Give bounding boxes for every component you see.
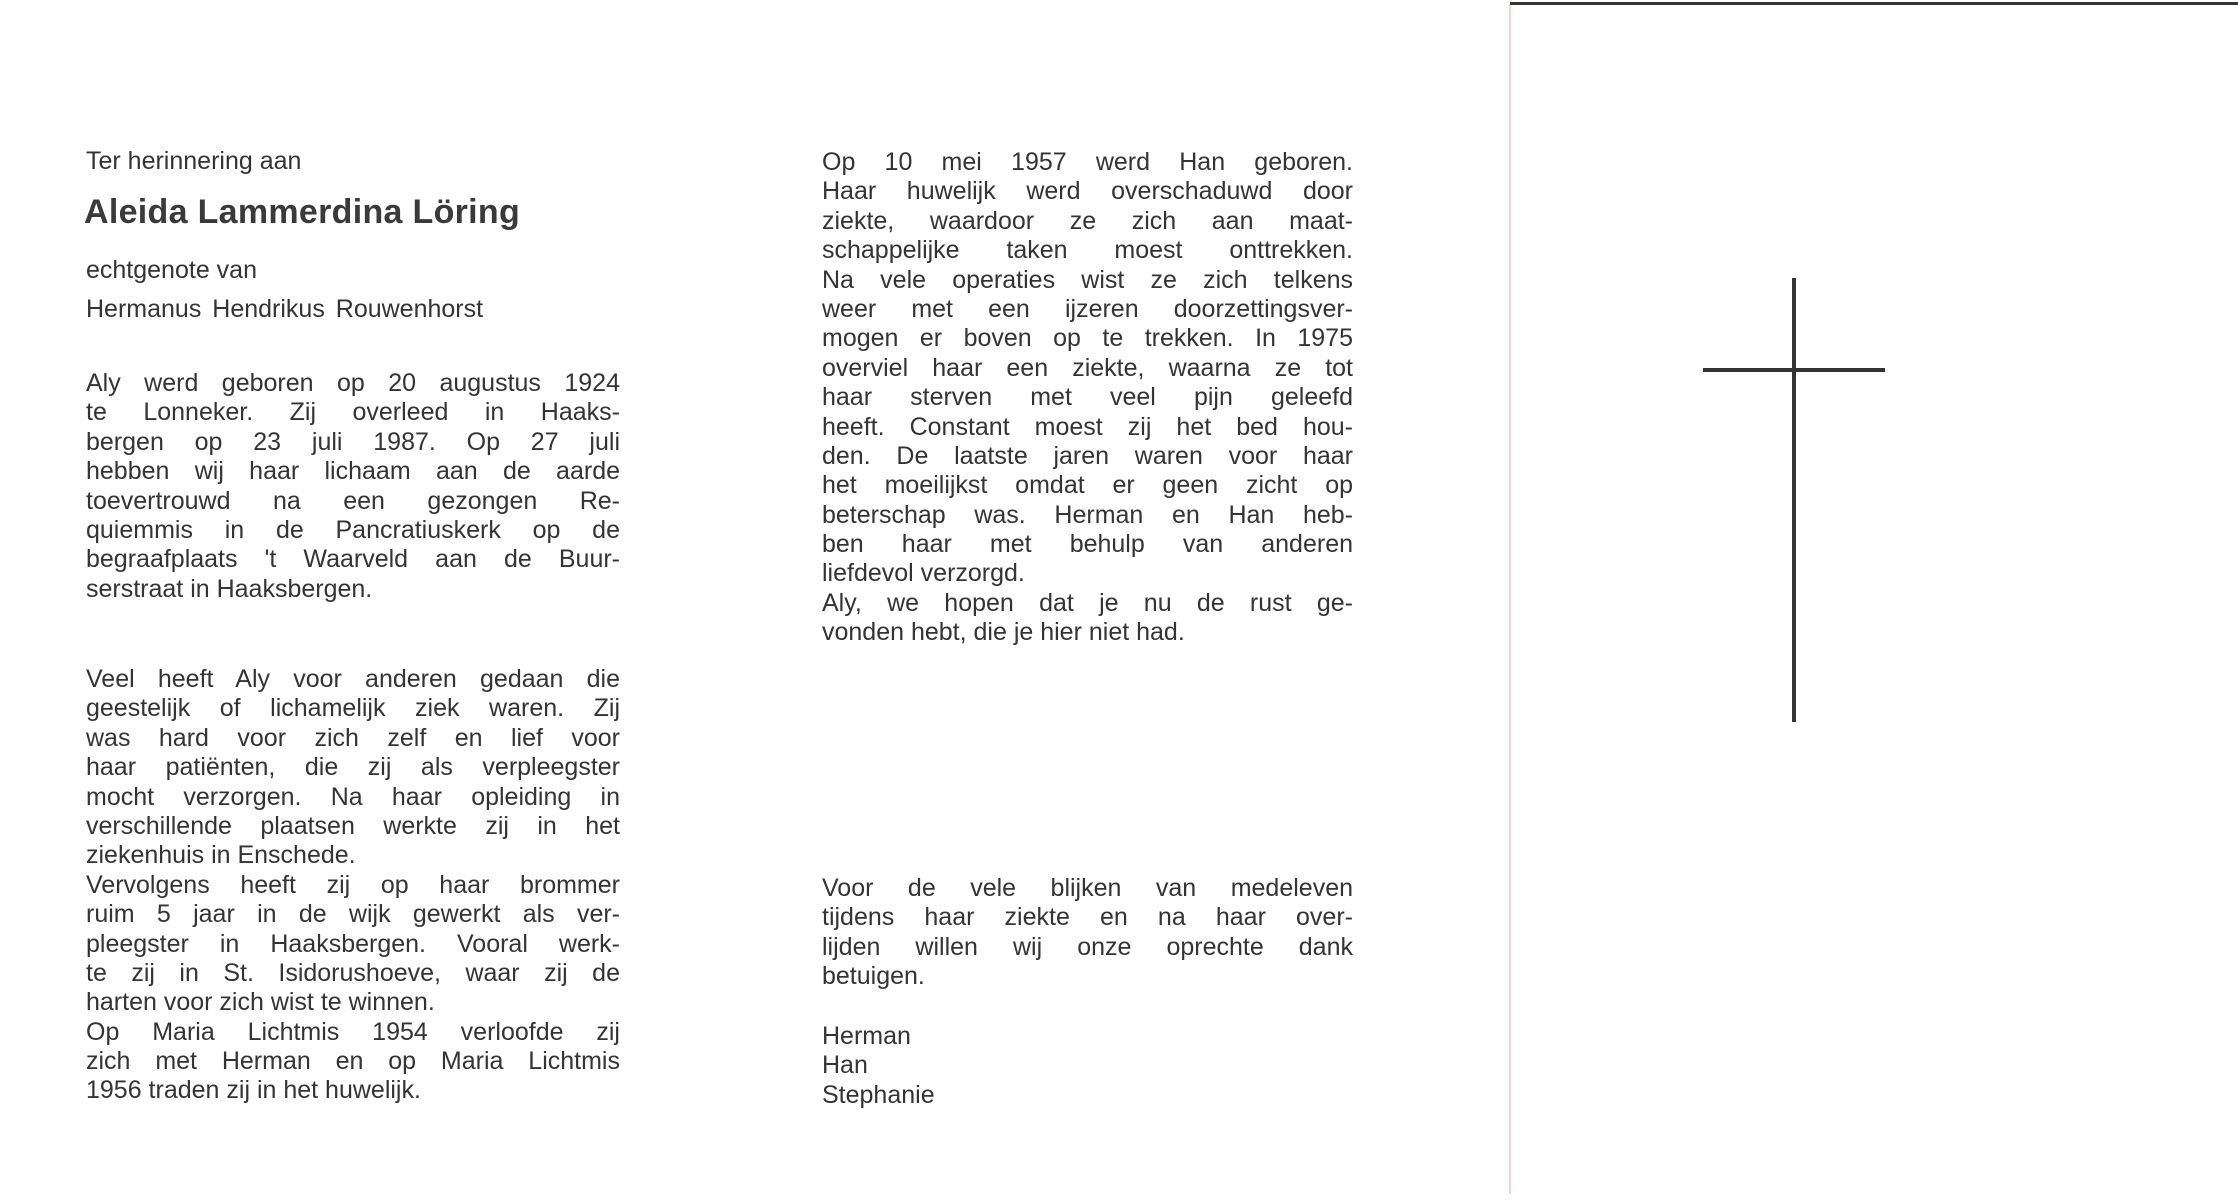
text-line: harten voor zich wist te winnen. [86,988,620,1017]
text-line: verschillende plaatsen werkte zij in het [86,812,620,841]
relation-text: echtgenote van [86,256,257,285]
text-line: Aly, we hopen dat je nu de rust ge- [822,589,1353,618]
text-line: mogen er boven op te trekken. In 1975 [822,324,1353,353]
text-line: tijdens haar ziekte en na haar over- [822,903,1353,932]
text-line: ziekte, waardoor ze zich aan maat- [822,207,1353,236]
card-fold-line [1509,4,1511,1194]
text-line: 1956 traden zij in het huwelijk. [86,1076,620,1105]
spouse-name: Hermanus Hendrikus Rouwenhorst [86,295,483,324]
text-line: haar sterven met veel pijn geleefd [822,383,1353,412]
cross-vertical-beam [1792,278,1796,722]
text-line: liefdevol verzorgd. [822,559,1353,588]
signature-han: Han [822,1051,1353,1080]
text-line: hebben wij haar lichaam aan de aarde [86,457,620,486]
signature-stephanie: Stephanie [822,1081,1353,1110]
text-line: den. De laatste jaren waren voor haar [822,442,1353,471]
text-line: heeft. Constant moest zij het bed hou- [822,413,1353,442]
text-line: mocht verzorgen. Na haar opleiding in [86,783,620,812]
text-line: Aly werd geboren op 20 augustus 1924 [86,369,620,398]
text-line: Vervolgens heeft zij op haar brommer [86,871,620,900]
text-line: lijden willen wij onze oprechte dank [822,933,1353,962]
text-line: haar patiënten, die zij als verpleegster [86,753,620,782]
text-line: Voor de vele blijken van medeleven [822,874,1353,903]
cross-horizontal-beam [1703,368,1885,372]
deceased-name: Aleida Lammerdina Löring [84,192,520,232]
text-line: was hard voor zich zelf en lief voor [86,724,620,753]
biography-paragraph-3: Op 10 mei 1957 werd Han geboren.Haar huw… [822,148,1353,648]
text-line: serstraat in Haaksbergen. [86,575,620,604]
text-line: te Lonneker. Zij overleed in Haaks- [86,398,620,427]
text-line: ben haar met behulp van anderen [822,530,1353,559]
intro-text: Ter herinnering aan [86,147,301,176]
text-line: het moeilijkst omdat er geen zicht op [822,471,1353,500]
text-line: vonden hebt, die je hier niet had. [822,618,1353,647]
text-line: ziekenhuis in Enschede. [86,841,620,870]
text-line: schappelijke taken moest onttrekken. [822,236,1353,265]
text-line: Op Maria Lichtmis 1954 verloofde zij [86,1018,620,1047]
text-line: bergen op 23 juli 1987. Op 27 juli [86,428,620,457]
text-line: weer met een ijzeren doorzettingsver- [822,295,1353,324]
text-line: quiemmis in de Pancratiuskerk op de [86,516,620,545]
biography-paragraph-2: Veel heeft Aly voor anderen gedaan diege… [86,665,620,1106]
text-line: Op 10 mei 1957 werd Han geboren. [822,148,1353,177]
text-line: pleegster in Haaksbergen. Vooral werk- [86,930,620,959]
text-line: te zij in St. Isidorushoeve, waar zij de [86,959,620,988]
back-page-top-border [1510,2,2238,5]
text-line: betuigen. [822,962,1353,991]
signature-herman: Herman [822,1022,1353,1051]
text-line: ruim 5 jaar in de wijk gewerkt als ver- [86,900,620,929]
text-line: begraafplaats 't Waarveld aan de Buur- [86,545,620,574]
text-line: zich met Herman en op Maria Lichtmis [86,1047,620,1076]
text-line: toevertrouwd na een gezongen Re- [86,487,620,516]
text-line: Veel heeft Aly voor anderen gedaan die [86,665,620,694]
text-line: Haar huwelijk werd overschaduwd door [822,177,1353,206]
thanks-paragraph: Voor de vele blijken van medeleventijden… [822,874,1353,992]
text-line: Na vele operaties wist ze zich telkens [822,266,1353,295]
biography-paragraph-1: Aly werd geboren op 20 augustus 1924te L… [86,369,620,604]
text-line: geestelijk of lichamelijk ziek waren. Zi… [86,694,620,723]
text-line: beterschap was. Herman en Han heb- [822,501,1353,530]
text-line: overviel haar een ziekte, waarna ze tot [822,354,1353,383]
signatures: Herman Han Stephanie [822,1022,1353,1110]
